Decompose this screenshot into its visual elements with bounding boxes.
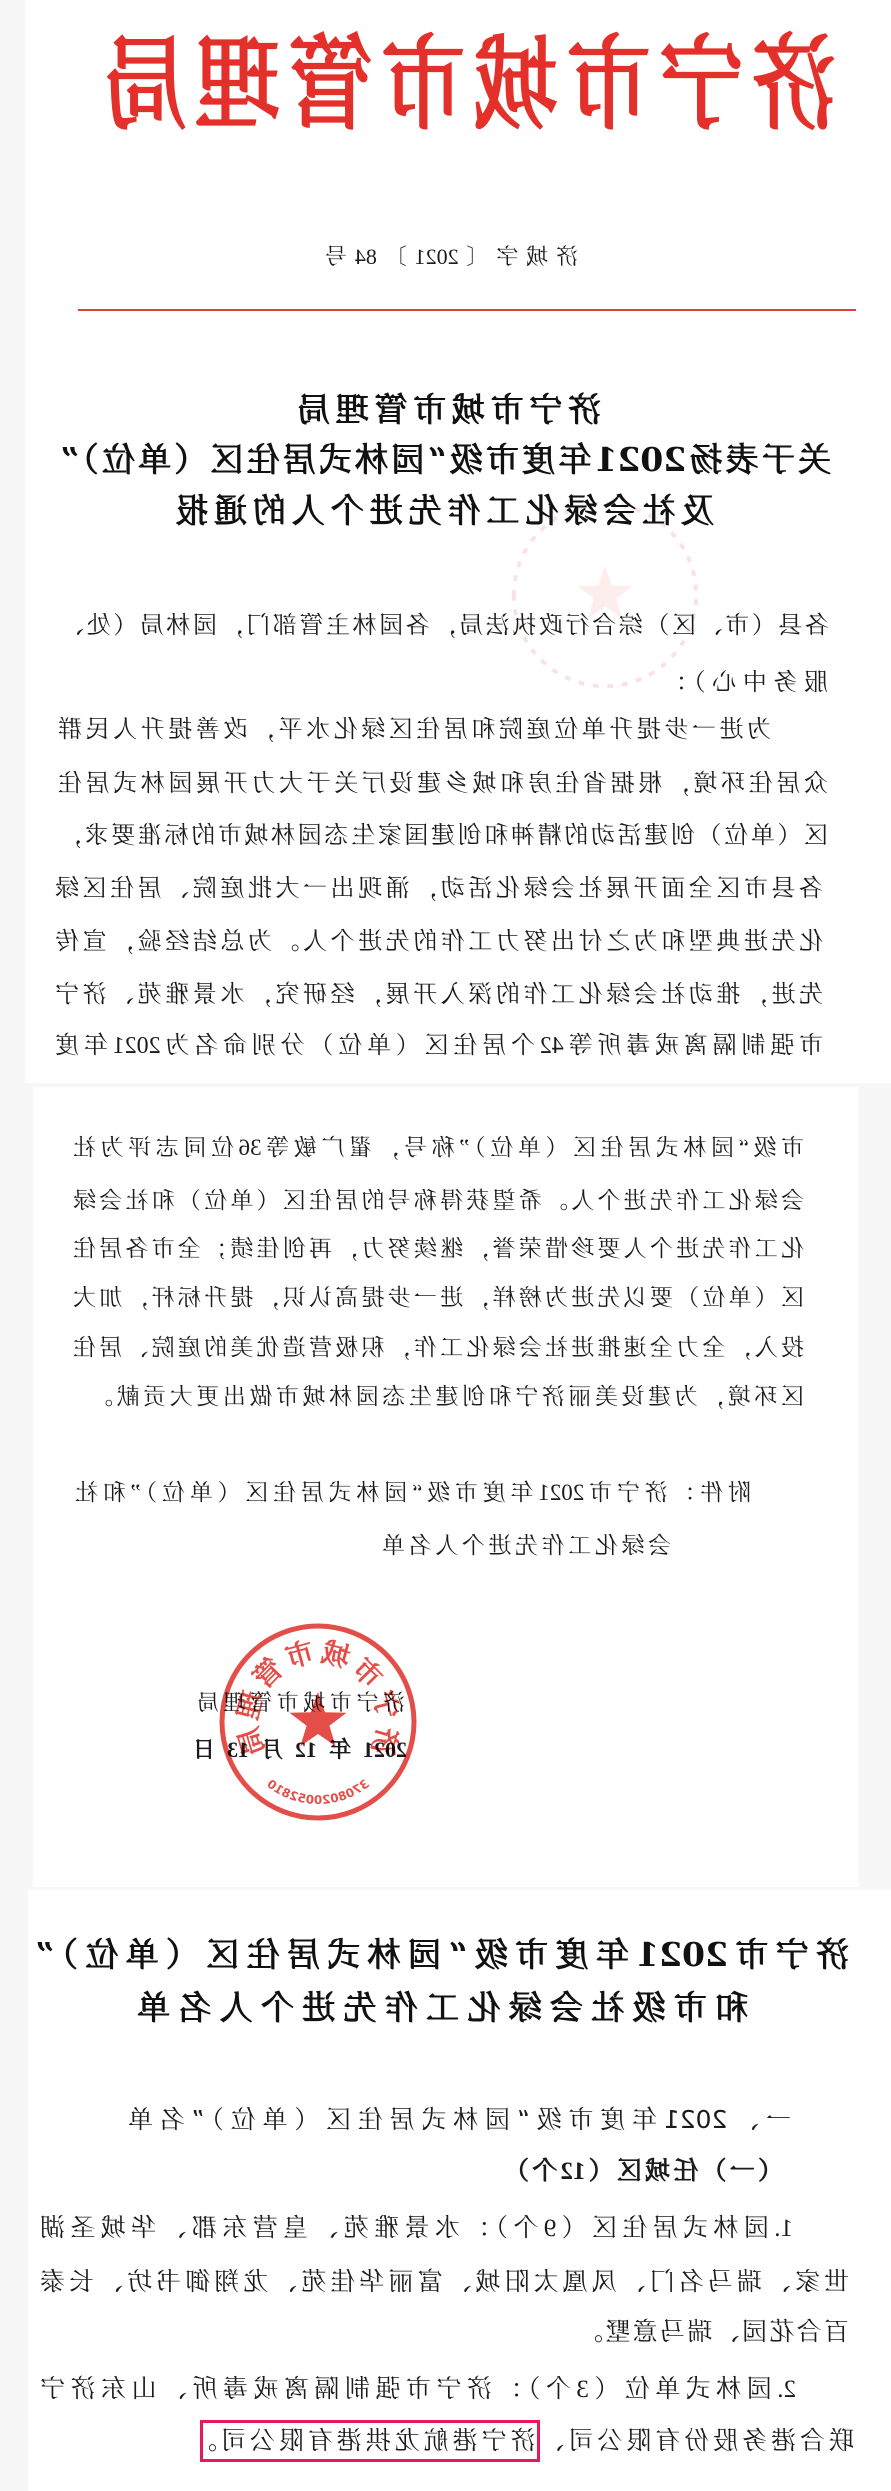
body-line: 众居住环境，根据省住房和城乡建设厅关于大力开展园林式居住 bbox=[58, 769, 828, 799]
appendix-title-line-2: 和市级社会绿化工作先进个人名单 bbox=[137, 1988, 748, 2028]
list-line: 2.园林式单位（3个）：济宁市强制隔离戒毒所、山东济宁 bbox=[40, 2375, 796, 2405]
body-line: 各县市区全面开展社会绿化活动，涌现出一大批庭院、居住区绿 bbox=[55, 874, 823, 904]
section-heading: 一、2021年度市级“园林式居住区（单位）”名单 bbox=[128, 2105, 791, 2135]
letterhead-org-name: 济宁市城市管理局 bbox=[103, 32, 836, 137]
list-line: 百合花园、瑞马意墅。 bbox=[578, 2318, 849, 2348]
body-line: 区（单位）创建活动的精神和创建国家生态园林城市的标准要求， bbox=[58, 821, 828, 851]
body-line: 投入，全力全速推进社会绿化工作，积极营造优美的庭院、居住 bbox=[73, 1333, 804, 1363]
body-line: 会绿化工作先进个人。希望获得称号的居住区（单位）和社会绿 bbox=[73, 1186, 804, 1216]
seal-code: 3708020052810 bbox=[264, 1777, 371, 1807]
body-line: 市强制隔离戒毒所等42个居住区（单位）分别命名为2021年度 bbox=[55, 1031, 823, 1061]
body-line: 区（单位）要以先进为榜样，进一步提高认识，提升标杆，加大 bbox=[73, 1283, 804, 1313]
scanned-document: 济宁市城市管理局 济城字〔2021〕84号 济宁市城市管理局 关于表扬2021年… bbox=[0, 0, 891, 2491]
letterhead-divider bbox=[78, 309, 856, 311]
official-seal: 济宁市城市管理局 3708020052810 bbox=[218, 1622, 418, 1822]
body-line: 为进一步提升单位庭院和居住区绿化水平，改善提升人民群 bbox=[58, 715, 771, 745]
document-number: 济城字〔2021〕84号 bbox=[325, 243, 578, 271]
body-line: 化工作先进个人要珍惜荣誉，继续努力，再创佳绩；全市各居住 bbox=[73, 1234, 804, 1264]
title-line-2: 关于表扬2021年度市级“园林式居住区（单位）” bbox=[60, 440, 831, 480]
salutation-line: 各县（市、区）综合行政执法局，各园林主管部门，园林局（处、 bbox=[60, 611, 829, 641]
list-line: 世家、瑞马名门、凤凰太阳城、富丽华佳苑、龙翔御书坊、长泰 bbox=[40, 2268, 849, 2298]
body-line: 先进，推动社会绿化工作的深入开展，经研究，水景雅苑、济宁 bbox=[55, 980, 823, 1010]
subsection-heading: （一）任城区（12个） bbox=[504, 2157, 783, 2187]
body-line: 市级“园林式居住区（单位）”称号，翟广敏等36位同志评为社 bbox=[73, 1133, 804, 1163]
appendix-title-line-1: 济宁市2021年度市级“园林式居住区（单位）” bbox=[35, 1935, 849, 1975]
star-icon bbox=[289, 1692, 346, 1746]
list-line: 1.园林式居住区（9个）：水景雅苑、皇营东郡、华城圣湖 bbox=[40, 2214, 793, 2244]
attachment-line: 附件：济宁市2021年度市级“园林式居住区（单位）”和社 bbox=[75, 1478, 751, 1508]
body-line: 化先进典型和为之付出努力工作的先进个人。为总结经验，宣传 bbox=[55, 927, 823, 957]
salutation-line: 服务中心）： bbox=[663, 668, 828, 698]
attachment-line: 会绿化工作先进个人名单 bbox=[382, 1531, 671, 1561]
title-line-3: 及社会绿化工作先进个人的通报 bbox=[175, 491, 714, 531]
seal-code-arc: 3708020052810 bbox=[264, 1777, 371, 1807]
body-line: 区环境，为建设美丽济宁和创建生态园林城市做出更大贡献。 bbox=[90, 1382, 804, 1412]
title-line-1: 济宁市城市管理局 bbox=[297, 390, 601, 430]
scan-page-1 bbox=[25, 0, 891, 1083]
highlight-box bbox=[200, 2420, 540, 2462]
